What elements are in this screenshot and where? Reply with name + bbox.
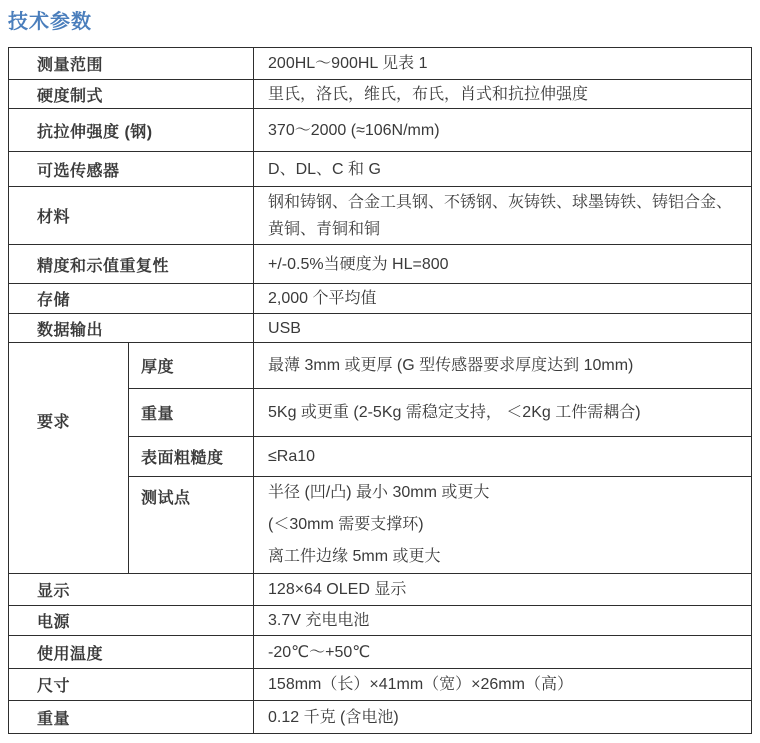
spec-label: 测量范围 bbox=[9, 48, 254, 80]
spec-value: USB bbox=[254, 314, 752, 343]
page-title: 技术参数 bbox=[8, 5, 92, 34]
table-row: 硬度制式 里氏，洛氏，维氏，布氏，肖式和抗拉伸强度 bbox=[9, 80, 752, 109]
spec-value-line: (＜30mm 需要支撑环) bbox=[268, 509, 743, 541]
spec-value: 2,000 个平均值 bbox=[254, 284, 752, 314]
spec-label: 存储 bbox=[9, 284, 254, 314]
spec-label: 材料 bbox=[9, 187, 254, 245]
table-row: 抗拉伸强度 (钢) 370～2000 (≈106N/mm) bbox=[9, 109, 752, 152]
table-row: 电源 3.7V 充电电池 bbox=[9, 606, 752, 636]
spec-value: 5Kg 或更重 (2-5Kg 需稳定支持， ＜2Kg 工件需耦合) bbox=[254, 389, 752, 437]
spec-value: -20℃～+50℃ bbox=[254, 636, 752, 669]
table-row: 尺寸 158mm（长）×41mm（宽）×26mm（高） bbox=[9, 669, 752, 701]
table-row: 数据输出 USB bbox=[9, 314, 752, 343]
spec-sublabel: 表面粗糙度 bbox=[129, 437, 254, 477]
spec-label: 数据输出 bbox=[9, 314, 254, 343]
spec-label: 尺寸 bbox=[9, 669, 254, 701]
spec-value: 最薄 3mm 或更厚 (G 型传感器要求厚度达到 10mm) bbox=[254, 343, 752, 389]
spec-label: 硬度制式 bbox=[9, 80, 254, 109]
spec-value: 半径 (凹/凸) 最小 30mm 或更大 (＜30mm 需要支撑环) 离工件边缘… bbox=[254, 477, 752, 574]
spec-sublabel: 测试点 bbox=[129, 477, 254, 574]
spec-label: 精度和示值重复性 bbox=[9, 245, 254, 284]
spec-value: 0.12 千克 (含电池) bbox=[254, 701, 752, 734]
spec-value: 200HL～900HL 见表 1 bbox=[254, 48, 752, 80]
spec-value-line: 半径 (凹/凸) 最小 30mm 或更大 bbox=[268, 477, 743, 509]
requirements-group-label: 要求 bbox=[9, 343, 129, 574]
spec-value: ≤Ra10 bbox=[254, 437, 752, 477]
table-row: 存储 2,000 个平均值 bbox=[9, 284, 752, 314]
table-row: 测量范围 200HL～900HL 见表 1 bbox=[9, 48, 752, 80]
table-row: 精度和示值重复性 +/-0.5%当硬度为 HL=800 bbox=[9, 245, 752, 284]
spec-label: 抗拉伸强度 (钢) bbox=[9, 109, 254, 152]
spec-value: 钢和铸钢、合金工具钢、不锈钢、灰铸铁、球墨铸铁、铸铝合金、黄铜、青铜和铜 bbox=[254, 187, 752, 245]
spec-label: 使用温度 bbox=[9, 636, 254, 669]
spec-value: 158mm（长）×41mm（宽）×26mm（高） bbox=[254, 669, 752, 701]
spec-value: 里氏，洛氏，维氏，布氏，肖式和抗拉伸强度 bbox=[254, 80, 752, 109]
table-row: 显示 128×64 OLED 显示 bbox=[9, 574, 752, 606]
spec-value: 370～2000 (≈106N/mm) bbox=[254, 109, 752, 152]
table-row: 材料 钢和铸钢、合金工具钢、不锈钢、灰铸铁、球墨铸铁、铸铝合金、黄铜、青铜和铜 bbox=[9, 187, 752, 245]
table-row: 可选传感器 D、DL、C 和 G bbox=[9, 152, 752, 187]
spec-value: 3.7V 充电电池 bbox=[254, 606, 752, 636]
spec-label: 电源 bbox=[9, 606, 254, 636]
spec-sublabel: 厚度 bbox=[129, 343, 254, 389]
table-row: 重量 0.12 千克 (含电池) bbox=[9, 701, 752, 734]
spec-sublabel: 重量 bbox=[129, 389, 254, 437]
spec-value: D、DL、C 和 G bbox=[254, 152, 752, 187]
spec-label: 显示 bbox=[9, 574, 254, 606]
spec-label: 重量 bbox=[9, 701, 254, 734]
spec-value: +/-0.5%当硬度为 HL=800 bbox=[254, 245, 752, 284]
spec-value-line: 离工件边缘 5mm 或更大 bbox=[268, 541, 743, 573]
spec-sheet-page: 技术参数 测量范围 200HL～900HL 见表 1 硬度制式 里氏，洛氏，维氏… bbox=[0, 0, 760, 743]
table-row: 使用温度 -20℃～+50℃ bbox=[9, 636, 752, 669]
spec-label: 可选传感器 bbox=[9, 152, 254, 187]
spec-table: 测量范围 200HL～900HL 见表 1 硬度制式 里氏，洛氏，维氏，布氏，肖… bbox=[8, 47, 752, 734]
spec-value: 128×64 OLED 显示 bbox=[254, 574, 752, 606]
table-row-requirements: 要求 厚度 最薄 3mm 或更厚 (G 型传感器要求厚度达到 10mm) bbox=[9, 343, 752, 389]
